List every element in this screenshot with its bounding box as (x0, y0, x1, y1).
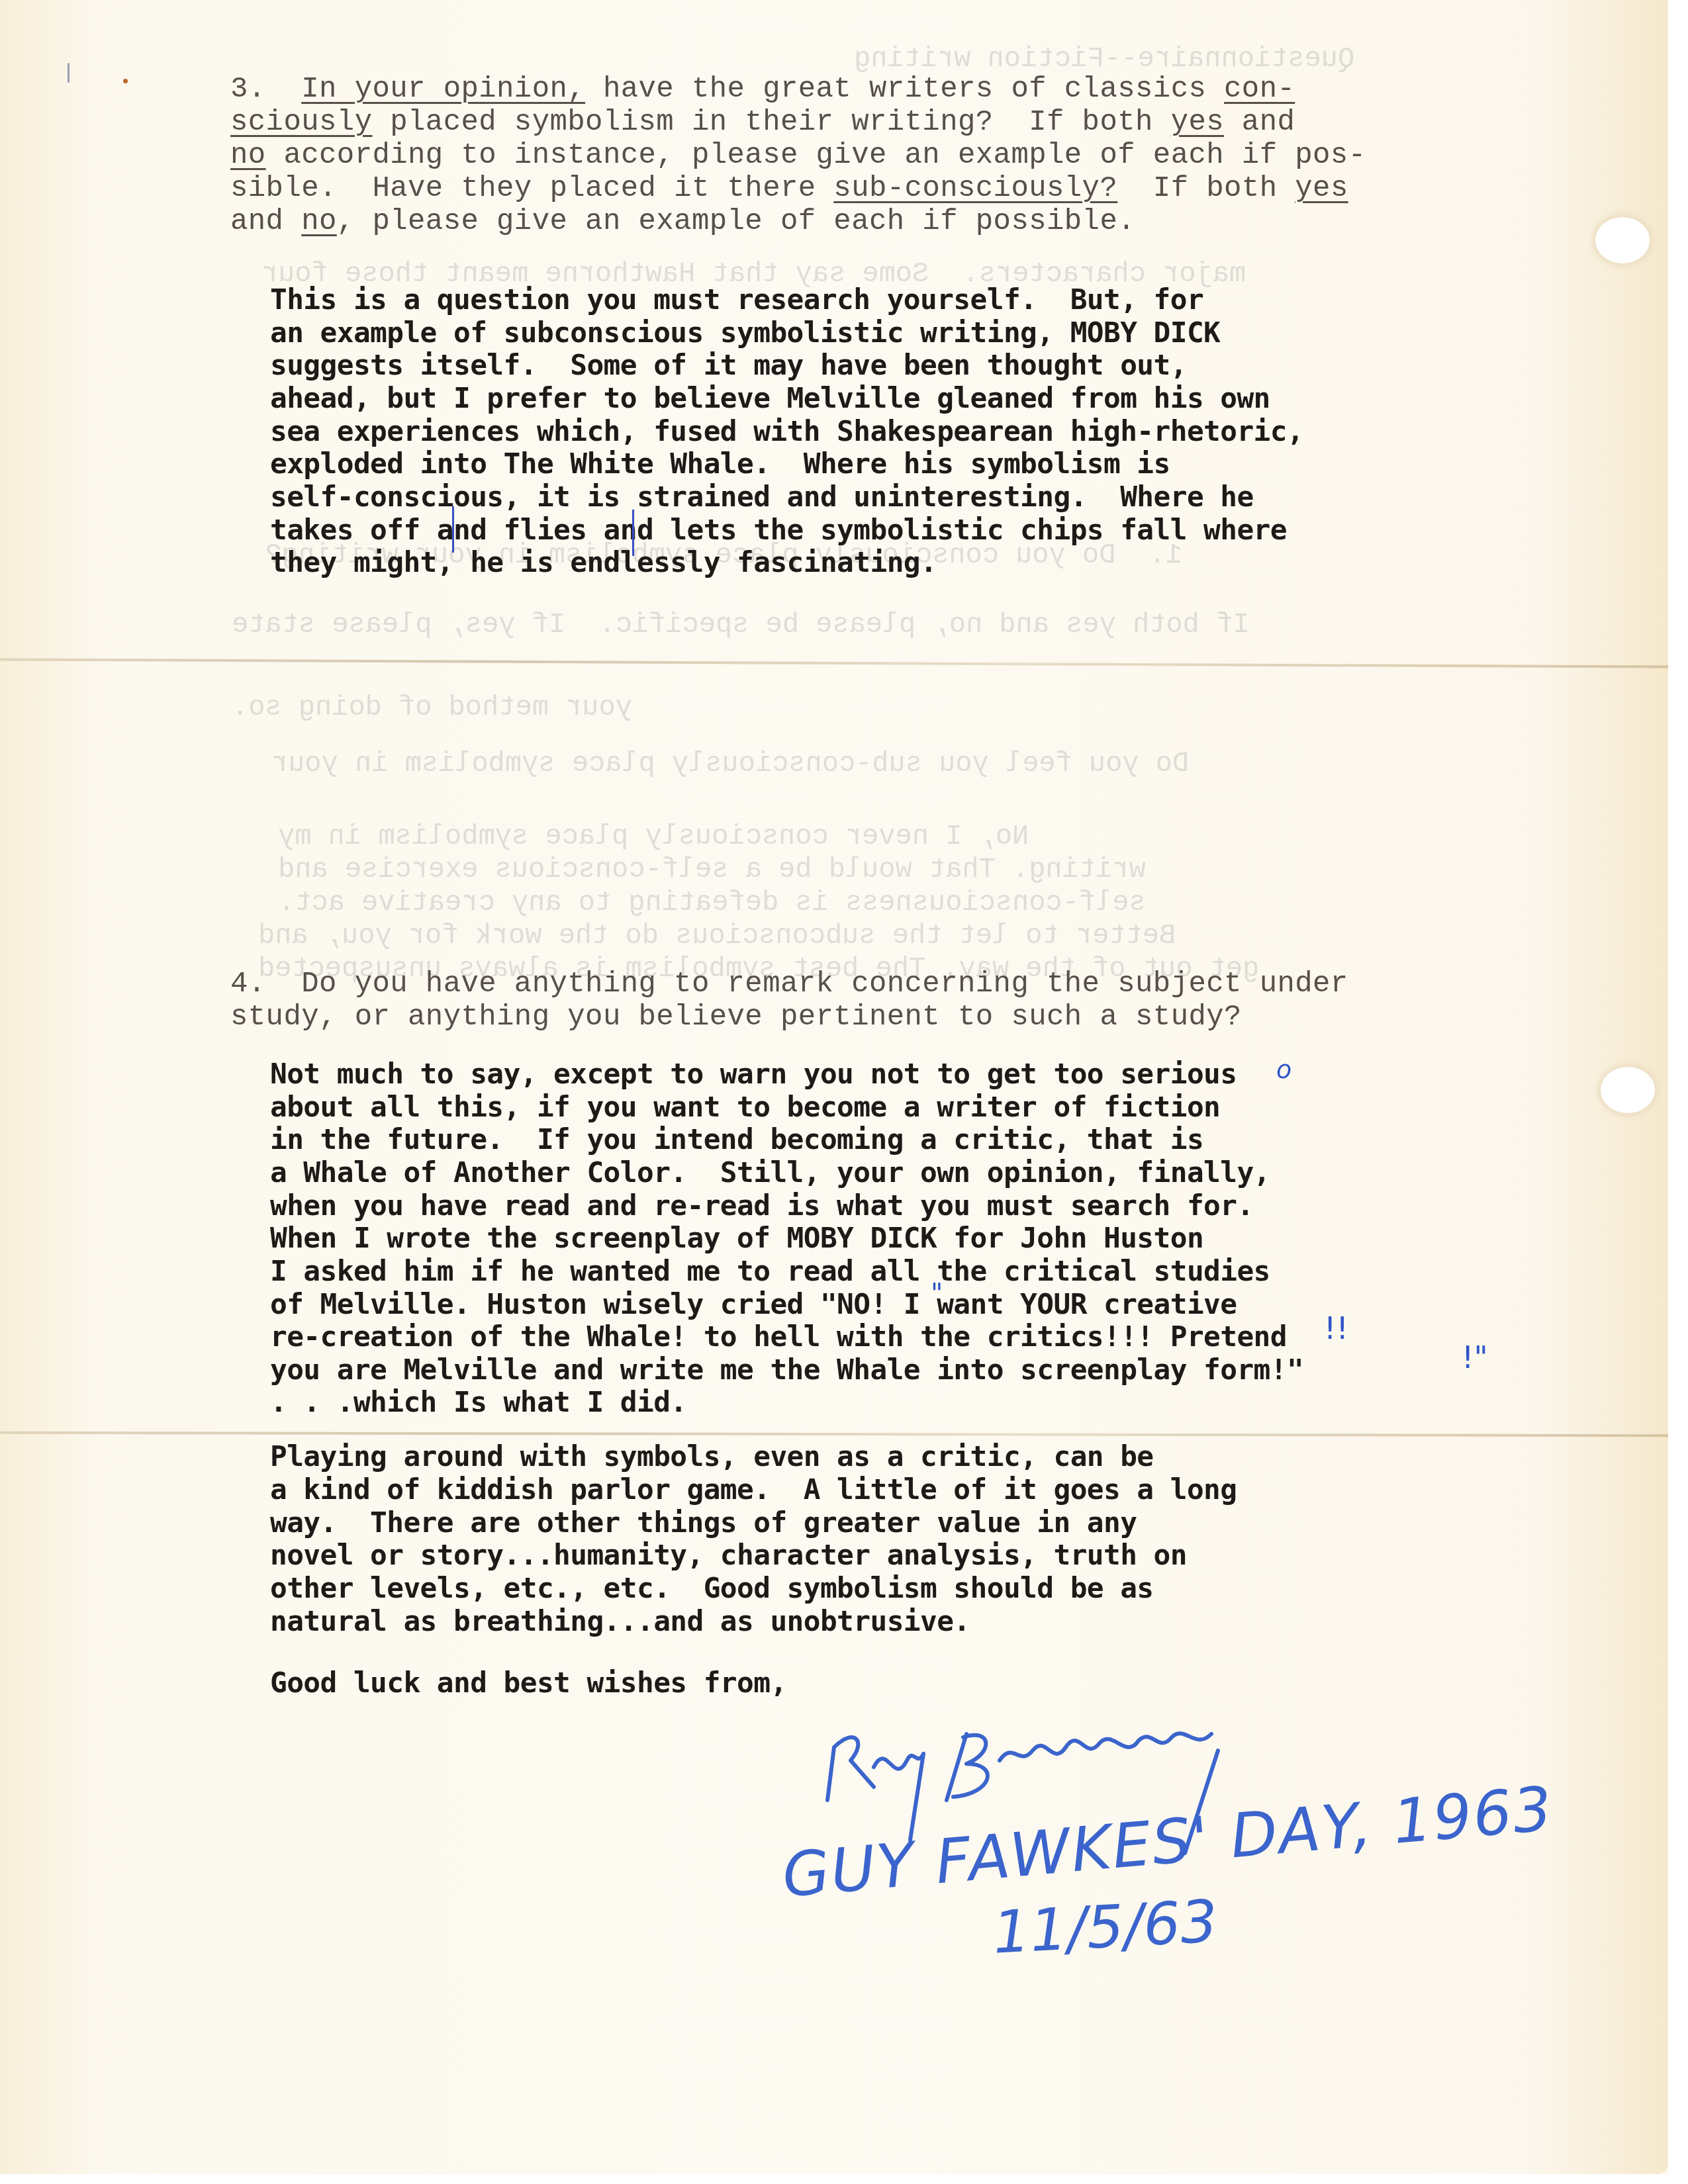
answer-4-line: a kind of kiddish parlor game. A little … (270, 1473, 1237, 1506)
answer-3-line: they might, he is endlessly fascinating. (270, 546, 937, 578)
answer-3-line: exploded into The White Whale. Where his… (270, 447, 1170, 480)
answer-4-line: in the future. If you intend becoming a … (270, 1123, 1203, 1156)
answer-3-line: suggests itself. Some of it may have bee… (270, 349, 1187, 381)
answer-4-line: When I wrote the screenplay of MOBY DICK… (270, 1222, 1203, 1254)
answer-3-line: sea experiences which, fused with Shakes… (270, 415, 1303, 447)
show-through-line: your method of doing so. (232, 692, 632, 723)
pen-correction-close: !" (1462, 1340, 1488, 1375)
closing-line: Good luck and best wishes from, (270, 1666, 787, 1699)
answer-3-line: ahead, but I prefer to believe Melville … (270, 382, 1270, 414)
pencil-mark (68, 63, 70, 83)
answer-4-line: way. There are other things of greater v… (270, 1506, 1137, 1539)
pen-correction-quote: " (931, 1279, 943, 1309)
answer-4-line: Playing around with symbols, even as a c… (270, 1440, 1154, 1473)
punch-hole-upper (1595, 217, 1650, 263)
scan-border-right (1668, 0, 1688, 2184)
handwritten-date-numeric: 11/5/63 (992, 1887, 1219, 1967)
question-4-line: study, or anything you believe pertinent… (230, 1001, 1242, 1034)
answer-4-line: other levels, etc., etc. Good symbolism … (270, 1572, 1154, 1604)
answer-4-line: when you have read and re-read is what y… (270, 1189, 1254, 1222)
punch-hole-lower (1601, 1067, 1655, 1113)
show-through-line: writing. That would be a self-conscious … (278, 854, 1146, 886)
answer-4-line: you are Melville and write me the Whale … (270, 1353, 1303, 1386)
show-through-line: Questionnaire--Fiction writing (854, 43, 1354, 75)
answer-3-line: an example of subconscious symbolistic w… (270, 316, 1220, 349)
answer-4-line: of Melville. Huston wisely cried "NO! I … (270, 1288, 1237, 1320)
pen-correction-o: o (1276, 1055, 1291, 1084)
pen-correction-exclaims: !! (1324, 1310, 1348, 1346)
answer-4-line: Not much to say, except to warn you not … (270, 1058, 1237, 1090)
answer-3-line: self-conscious, it is strained and unint… (270, 480, 1254, 513)
answer-4-line: about all this, if you want to become a … (270, 1091, 1220, 1123)
show-through-line: Better to let the subconscious do the wo… (258, 920, 1176, 952)
question-3-line: 3. In your opinion, have the great write… (230, 73, 1295, 106)
answer-4-line: natural as breathing...and as unobtrusiv… (270, 1605, 970, 1637)
question-3-line: sciously placed symbolism in their writi… (230, 106, 1295, 139)
show-through-line: If both yes and no, please be specific. … (232, 609, 1249, 641)
scan-border-bottom (0, 2174, 1688, 2184)
show-through-line: Do you feel you sub-consciously place sy… (271, 748, 1189, 780)
answer-4-line: I asked him if he wanted me to read all … (270, 1255, 1270, 1287)
answer-4-line: re-creation of the Whale! to hell with t… (270, 1320, 1287, 1353)
answer-4-line: . . .which Is what I did. (270, 1386, 686, 1418)
question-3-line: and no, please give an example of each i… (230, 205, 1135, 238)
answer-3-line: This is a question you must research you… (270, 283, 1203, 316)
pen-insert-mark (632, 510, 634, 556)
show-through-line: No, I never consciously place symbolism … (278, 821, 1029, 852)
question-number: 3. (230, 73, 266, 106)
paper-speck (123, 79, 128, 83)
answer-3-line: takes off and flies and lets the symboli… (270, 514, 1287, 546)
answer-4-line: novel or story...humanity, character ana… (270, 1539, 1187, 1571)
show-through-line: self-consciousness is defeating to any c… (278, 887, 1146, 919)
question-3-line: sible. Have they placed it there sub-con… (230, 172, 1348, 205)
pen-insert-mark (452, 506, 454, 553)
question-4-line: 4. Do you have anything to remark concer… (230, 968, 1348, 1001)
question-number: 4. (230, 968, 266, 1001)
answer-4-line: a Whale of Another Color. Still, your ow… (270, 1156, 1270, 1189)
question-3-line: no according to instance, please give an… (230, 139, 1366, 172)
